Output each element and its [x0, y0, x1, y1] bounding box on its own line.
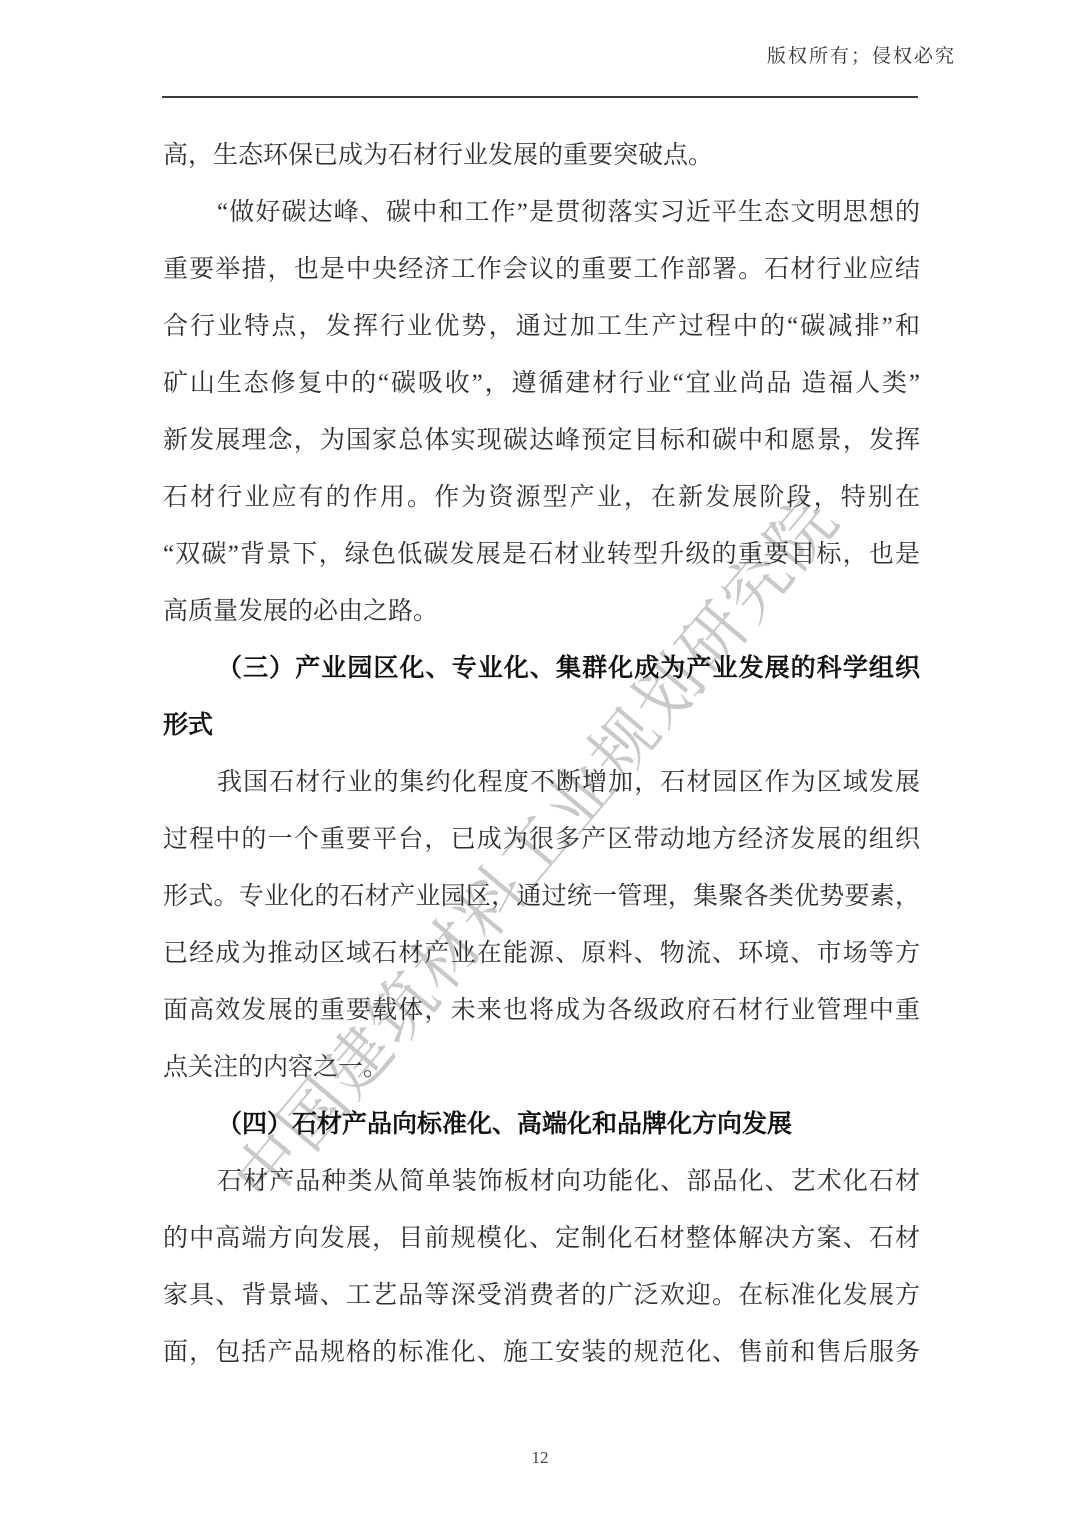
- text-line: 我国石材行业的集约化程度不断增加，石材园区作为区域发展: [163, 754, 920, 811]
- text-line: 矿山生态修复中的“碳吸收”，遵循建材行业“宜业尚品 造福人类”: [163, 355, 920, 412]
- page-number: 12: [0, 1448, 1080, 1468]
- text-line: 高质量发展的必由之路。: [163, 583, 920, 640]
- text-line: 的中高端方向发展，目前规模化、定制化石材整体解决方案、石材: [163, 1210, 920, 1267]
- heading-line: （四）石材产品向标准化、高端化和品牌化方向发展: [163, 1096, 920, 1153]
- text-line: 形式。专业化的石材产业园区，通过统一管理，集聚各类优势要素，: [163, 868, 920, 925]
- header-rule: [162, 96, 918, 98]
- text-line: 面高效发展的重要载体，未来也将成为各级政府石材行业管理中重: [163, 982, 920, 1039]
- text-line: 重要举措，也是中央经济工作会议的重要工作部署。石材行业应结: [163, 241, 920, 298]
- document-page: 中国建筑材料工业规划研究院 版权所有；侵权必究 高，生态环保已成为石材行业发展的…: [0, 0, 1080, 1527]
- text-line: 已经成为推动区域石材产业在能源、原料、物流、环境、市场等方: [163, 925, 920, 982]
- text-line: 石材产品种类从简单装饰板材向功能化、部品化、艺术化石材: [163, 1153, 920, 1210]
- text-line: 高，生态环保已成为石材行业发展的重要突破点。: [163, 127, 920, 184]
- text-line: 石材行业应有的作用。作为资源型产业，在新发展阶段，特别在: [163, 469, 920, 526]
- heading-line: 形式: [163, 697, 920, 754]
- text-line: 合行业特点，发挥行业优势，通过加工生产过程中的“碳减排”和: [163, 298, 920, 355]
- copyright-notice: 版权所有；侵权必究: [767, 41, 956, 68]
- text-line: 家具、背景墙、工艺品等深受消费者的广泛欢迎。在标准化发展方: [163, 1267, 920, 1324]
- text-line: 点关注的内容之一。: [163, 1039, 920, 1096]
- text-line: “双碳”背景下，绿色低碳发展是石材业转型升级的重要目标，也是: [163, 526, 920, 583]
- heading-line: （三）产业园区化、专业化、集群化成为产业发展的科学组织: [163, 640, 920, 697]
- text-line: 过程中的一个重要平台，已成为很多产区带动地方经济发展的组织: [163, 811, 920, 868]
- document-body: 高，生态环保已成为石材行业发展的重要突破点。“做好碳达峰、碳中和工作”是贯彻落实…: [163, 127, 920, 1381]
- text-line: 新发展理念，为国家总体实现碳达峰预定目标和碳中和愿景，发挥: [163, 412, 920, 469]
- text-line: “做好碳达峰、碳中和工作”是贯彻落实习近平生态文明思想的: [163, 184, 920, 241]
- text-line: 面，包括产品规格的标准化、施工安装的规范化、售前和售后服务: [163, 1324, 920, 1381]
